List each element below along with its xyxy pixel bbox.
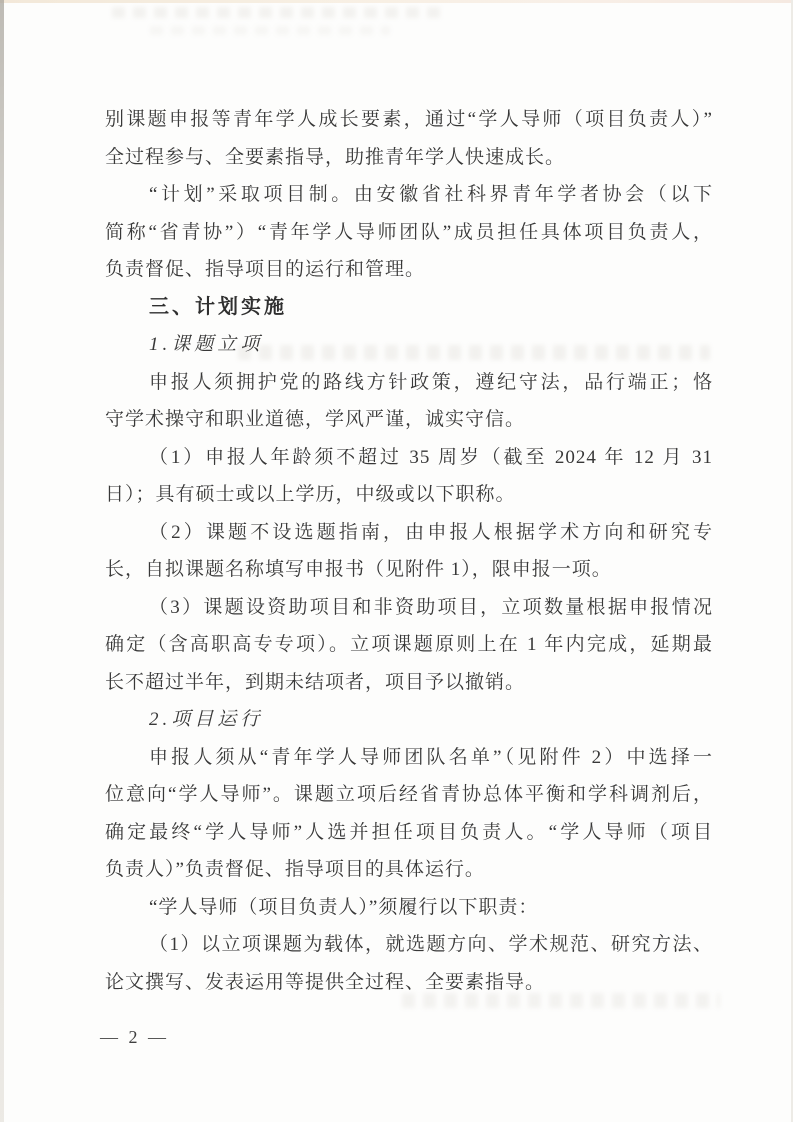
paragraph-line: 位意向“学人导师”。课题立项后经省青协总体平衡和学科调剂后， — [105, 776, 713, 814]
document-page: 别课题申报等青年学人成长要素，通过“学人导师（项目负责人）” 全过程参与、全要素… — [0, 0, 793, 1122]
heading-section-three: 三、计划实施 — [105, 289, 713, 327]
document-body: 别课题申报等青年学人成长要素，通过“学人导师（项目负责人）” 全过程参与、全要素… — [105, 101, 713, 1001]
paragraph-line: 申报人须拥护党的路线方针政策，遵纪守法，品行端正；恪 — [105, 364, 713, 402]
bleedthrough-artifact — [112, 7, 442, 18]
paragraph-line: “计划”采取项目制。由安徽省社科界青年学者协会（以下 — [105, 176, 713, 214]
paragraph-line: 长，自拟课题名称填写申报书（见附件 1），限申报一项。 — [105, 551, 713, 589]
paragraph-line: “学人导师（项目负责人）”须履行以下职责： — [105, 889, 713, 927]
heading-subsection-2: 2.项目运行 — [105, 701, 713, 739]
page-number: — 2 — — [100, 1027, 169, 1048]
paragraph-line: 长不超过半年，到期未结项者，项目予以撤销。 — [105, 664, 713, 702]
scan-edge-left — [0, 0, 4, 1122]
paragraph-line: 全过程参与、全要素指导，助推青年学人快速成长。 — [105, 139, 713, 177]
heading-subsection-1: 1.课题立项 — [105, 326, 713, 364]
paragraph-line: 申报人须从“青年学人导师团队名单”（见附件 2）中选择一 — [105, 739, 713, 777]
scan-edge-top — [0, 0, 793, 3]
paragraph-line: 确定（含高职高专专项）。立项课题原则上在 1 年内完成，延期最 — [105, 626, 713, 664]
bleedthrough-artifact — [150, 26, 390, 35]
paragraph-line: 简称“省青协”）“青年学人导师团队”成员担任具体项目负责人， — [105, 214, 713, 252]
paragraph-line: 确定最终“学人导师”人选并担任项目负责人。“学人导师（项目 — [105, 814, 713, 852]
paragraph-line: （1）以立项课题为载体，就选题方向、学术规范、研究方法、 — [105, 926, 713, 964]
paragraph-line: 负责督促、指导项目的运行和管理。 — [105, 251, 713, 289]
paragraph-line: （2）课题不设选题指南，由申报人根据学术方向和研究专 — [105, 514, 713, 552]
paragraph-line: 守学术操守和职业道德，学风严谨，诚实守信。 — [105, 401, 713, 439]
paragraph-line: 日）；具有硕士或以上学历，中级或以下职称。 — [105, 476, 713, 514]
paragraph-line: 负责人）”负责督促、指导项目的具体运行。 — [105, 851, 713, 889]
paragraph-line: （1）申报人年龄须不超过 35 周岁（截至 2024 年 12 月 31 — [105, 439, 713, 477]
paragraph-line: 论文撰写、发表运用等提供全过程、全要素指导。 — [105, 964, 713, 1002]
paragraph-line: 别课题申报等青年学人成长要素，通过“学人导师（项目负责人）” — [105, 101, 713, 139]
paragraph-line: （3）课题设资助项目和非资助项目，立项数量根据申报情况 — [105, 589, 713, 627]
